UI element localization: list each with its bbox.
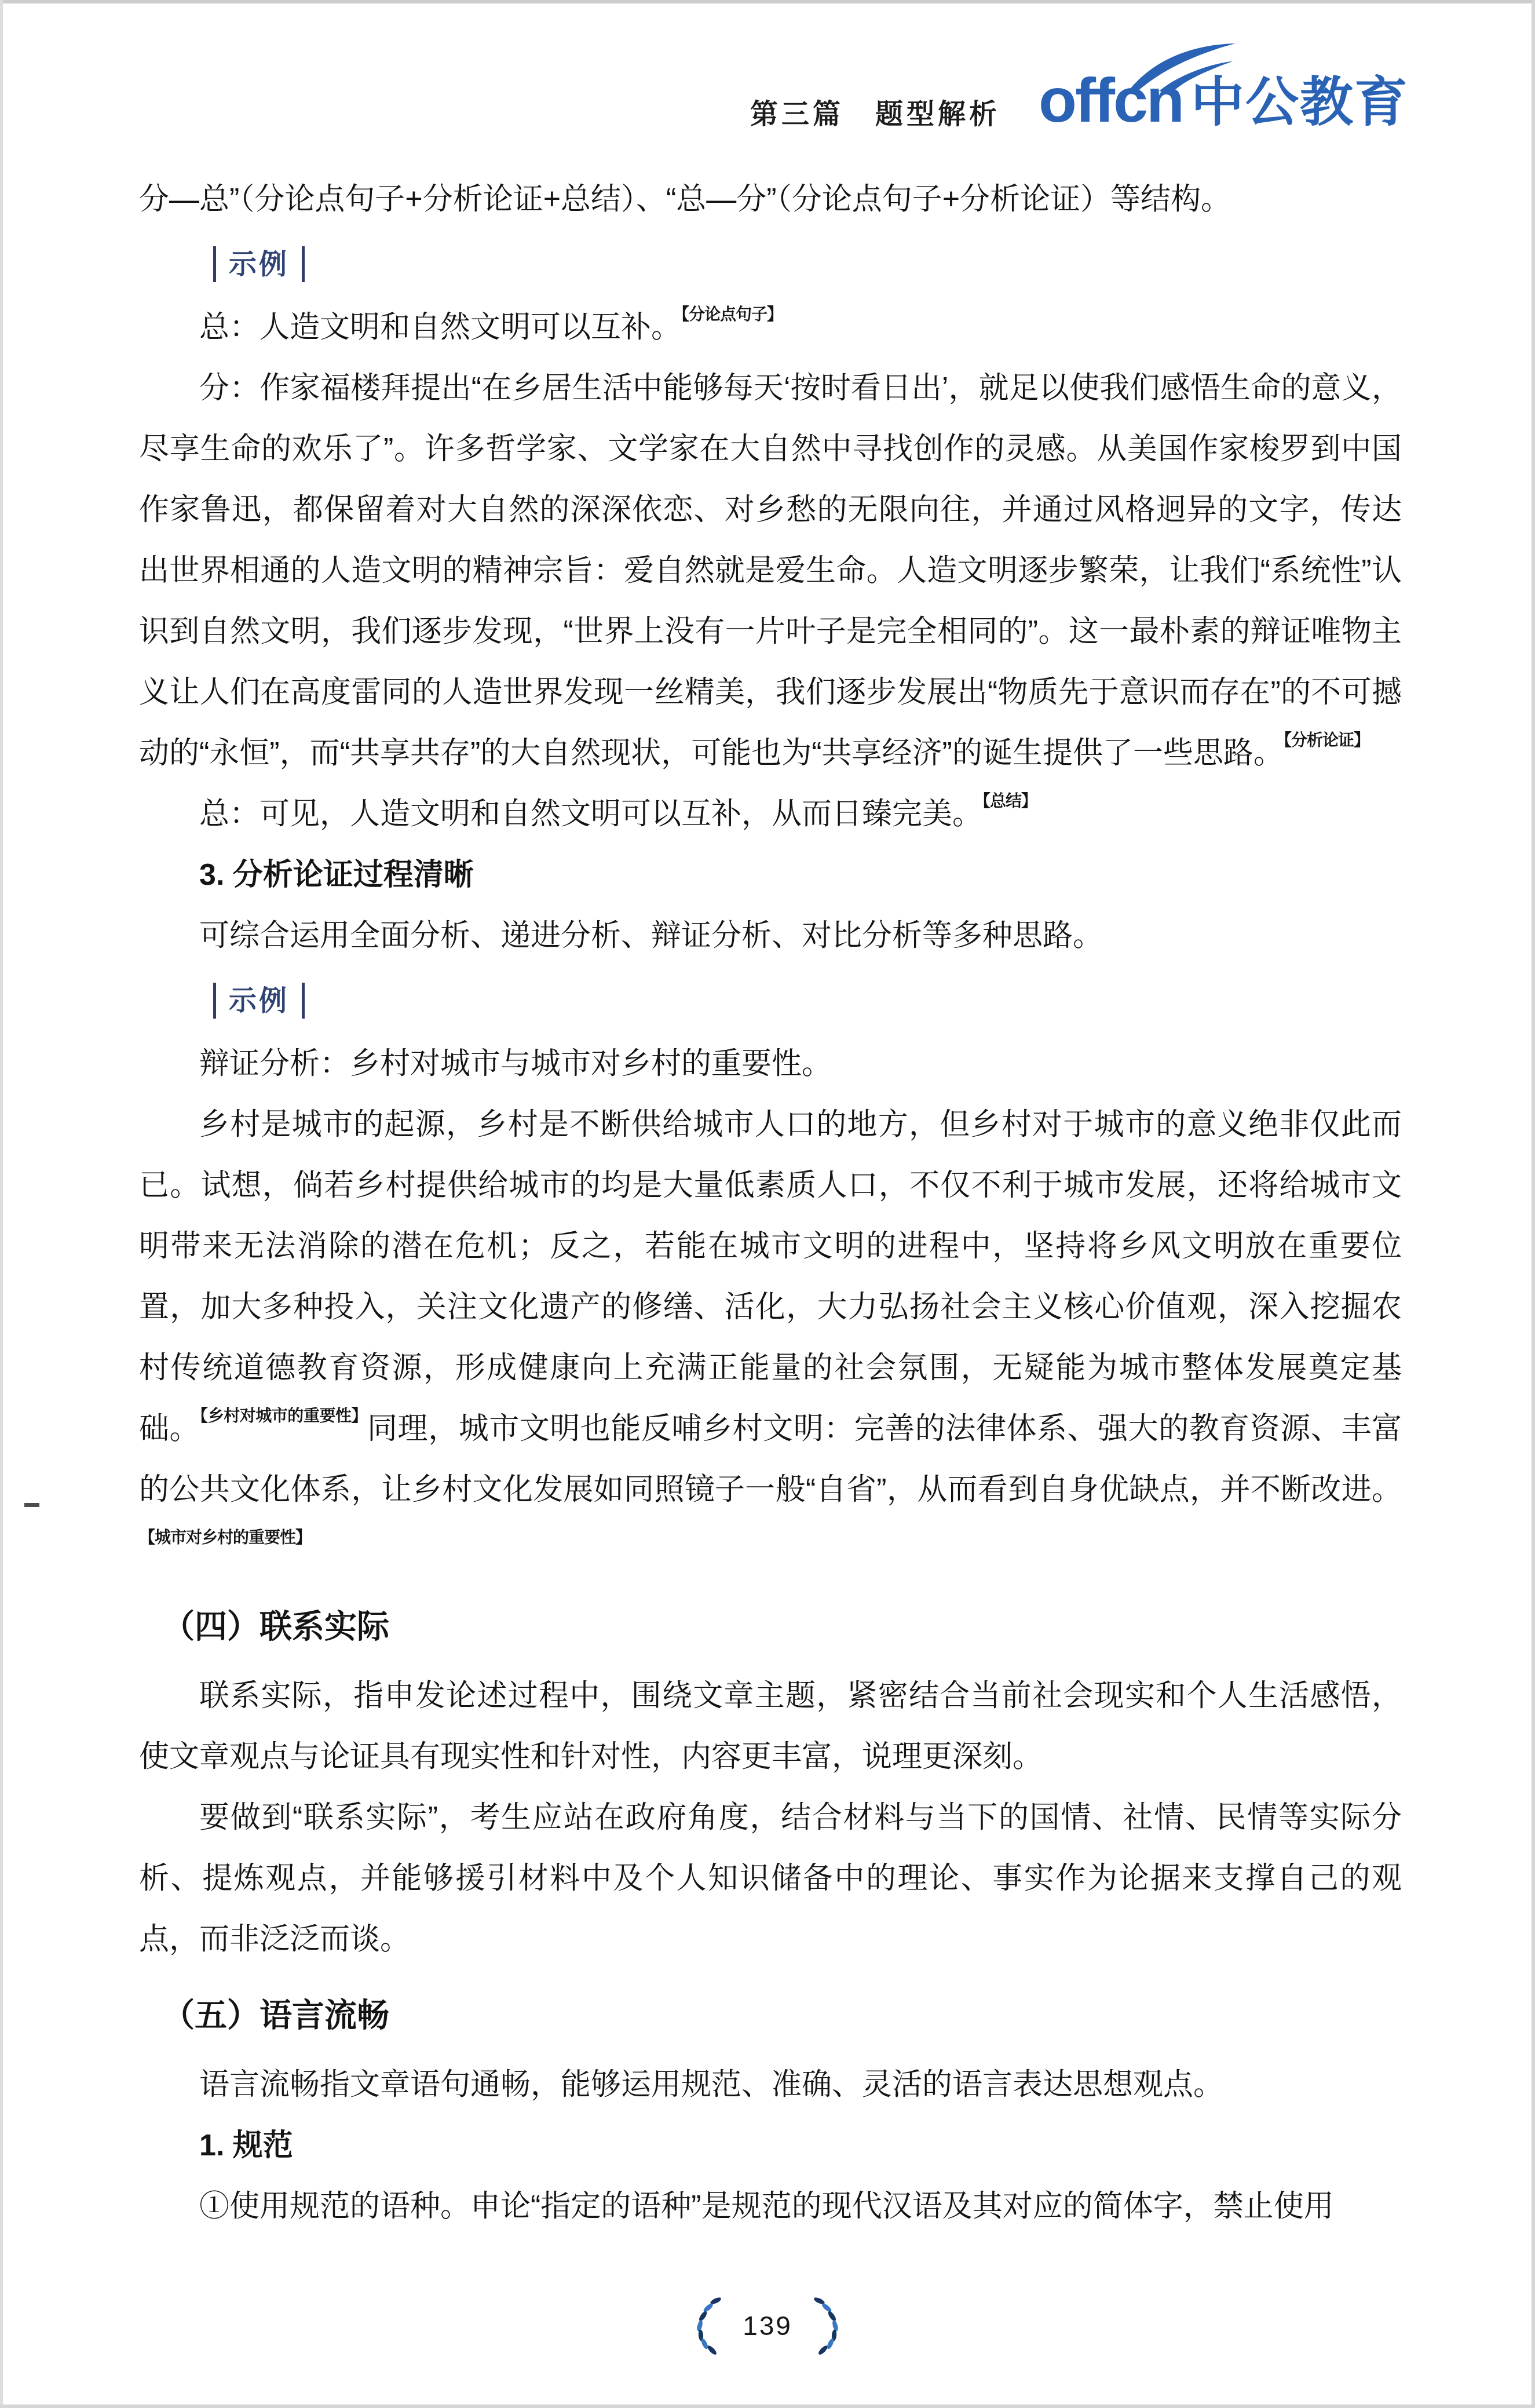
para-dialectic-topic-text: 辩证分析：乡村对城市与城市对乡村的重要性。: [199, 1047, 832, 1081]
heading-section-4-practical: （四）联系实际: [162, 1589, 1402, 1663]
page-footer: 139: [0, 2296, 1535, 2356]
para-standard-language-text: ①使用规范的语种。申论“指定的语种”是规范的现代汉语及其对应的简体字，禁止使用: [199, 2190, 1334, 2223]
para-zong-statement: 总：人造文明和自然文明可以互补。【分论点句子】: [139, 297, 1402, 358]
para-analysis-methods: 可综合运用全面分析、递进分析、辩证分析、对比分析等多种思路。: [139, 906, 1402, 966]
scan-edge-bottom: [0, 2405, 1535, 2408]
para-practical-1-text: 联系实际，指申发论述过程中，围绕文章主题，紧密结合当前社会现实和个人生活感悟，使…: [139, 1679, 1402, 1774]
para-zong-text: 总：人造文明和自然文明可以互补。: [199, 311, 681, 344]
annotation-summary: 【总结】: [982, 792, 1037, 810]
heading-1-standard: 1. 规范: [139, 2115, 1402, 2176]
badge-bar-right: [302, 983, 305, 1019]
para-fen-argument: 分：作家福楼拜提出“在乡居生活中能够每天‘按时看日出’，就足以使我们感悟生命的意…: [139, 358, 1402, 784]
scan-artifact: [24, 1503, 39, 1507]
scan-edge-right: [1532, 0, 1535, 2408]
annotation-city-importance: 【城市对乡村的重要性】: [139, 1528, 311, 1546]
page-content: 分—总”（分论点句子+分析论证+总结）、“总—分”（分论点句子+分析论证）等结构…: [139, 169, 1402, 2237]
para-practical-1: 联系实际，指申发论述过程中，围绕文章主题，紧密结合当前社会现实和个人生活感悟，使…: [139, 1666, 1402, 1787]
para-fluent-language: 语言流畅指文章语句通畅，能够运用规范、准确、灵活的语言表达思想观点。: [139, 2055, 1402, 2115]
annotation-analysis: 【分析论证】: [1284, 731, 1369, 749]
para-practical-2: 要做到“联系实际”，考生应站在政府角度，结合材料与当下的国情、社情、民情等实际分…: [139, 1787, 1402, 1970]
example-label: 示例: [229, 234, 289, 295]
laurel-left-icon: [688, 2296, 725, 2356]
para-village-city-text2: 同理，城市文明也能反哺乡村文明：完善的法律体系、强大的教育资源、丰富的公共文化体…: [139, 1412, 1402, 1506]
example-badge-2: 示例: [213, 982, 1402, 1020]
example-label: 示例: [229, 971, 289, 1031]
scan-edge-left: [0, 0, 3, 2408]
para-standard-language: ①使用规范的语种。申论“指定的语种”是规范的现代汉语及其对应的简体字，禁止使用: [139, 2176, 1402, 2237]
badge-bar-right: [302, 246, 305, 282]
offcn-brand-logo: offcn 中公教育: [1039, 69, 1409, 132]
annotation-subpoint-sentence: 【分论点句子】: [681, 305, 783, 323]
scanned-book-page: 第三篇 题型解析 offcn 中公教育 分—总”（分论点句子+分析论证+总结）、…: [0, 0, 1535, 2408]
heading-3-text: 3. 分析论证过程清晰: [199, 858, 474, 892]
para-analysis-methods-text: 可综合运用全面分析、递进分析、辩证分析、对比分析等多种思路。: [199, 919, 1103, 953]
heading-1-standard-text: 1. 规范: [199, 2129, 293, 2162]
para-fen-text: 分：作家福楼拜提出“在乡居生活中能够每天‘按时看日出’，就足以使我们感悟生命的意…: [139, 371, 1402, 770]
badge-bar-left: [213, 983, 216, 1019]
page-header: 第三篇 题型解析 offcn 中公教育: [750, 68, 1409, 132]
laurel-right-icon: [810, 2296, 847, 2356]
para-village-city: 乡村是城市的起源，乡村是不断供给城市人口的地方，但乡村对于城市的意义绝非仅此而已…: [139, 1094, 1402, 1581]
heading-section-5-text: （五）语言流畅: [162, 1997, 389, 2033]
annotation-village-importance: 【乡村对城市的重要性】: [200, 1407, 367, 1425]
para-zong-conclusion: 总：可见，人造文明和自然文明可以互补，从而日臻完美。【总结】: [139, 784, 1402, 845]
para-structure-note-text: 分—总”（分论点句子+分析论证+总结）、“总—分”（分论点句子+分析论证）等结构…: [139, 183, 1231, 216]
para-fluent-language-text: 语言流畅指文章语句通畅，能够运用规范、准确、灵活的语言表达思想观点。: [199, 2068, 1223, 2101]
heading-section-4-text: （四）联系实际: [162, 1608, 389, 1644]
example-badge: 示例: [213, 245, 1402, 283]
para-structure-note: 分—总”（分论点句子+分析论证+总结）、“总—分”（分论点句子+分析论证）等结构…: [139, 169, 1402, 230]
heading-3-clear-analysis: 3. 分析论证过程清晰: [139, 845, 1402, 906]
page-number: 139: [743, 2310, 792, 2341]
para-dialectic-topic: 辩证分析：乡村对城市与城市对乡村的重要性。: [139, 1034, 1402, 1094]
heading-section-5-fluent: （五）语言流畅: [162, 1978, 1402, 2052]
running-head-title: 第三篇 题型解析: [750, 92, 1000, 132]
para-village-city-text1: 乡村是城市的起源，乡村是不断供给城市人口的地方，但乡村对于城市的意义绝非仅此而已…: [139, 1108, 1402, 1446]
para-practical-2-text: 要做到“联系实际”，考生应站在政府角度，结合材料与当下的国情、社情、民情等实际分…: [139, 1801, 1402, 1956]
para-zong-conclusion-text: 总：可见，人造文明和自然文明可以互补，从而日臻完美。: [199, 797, 982, 831]
badge-bar-left: [213, 246, 216, 282]
scan-edge-top: [0, 0, 1535, 3]
logo-swoosh-icon: [1124, 42, 1240, 92]
